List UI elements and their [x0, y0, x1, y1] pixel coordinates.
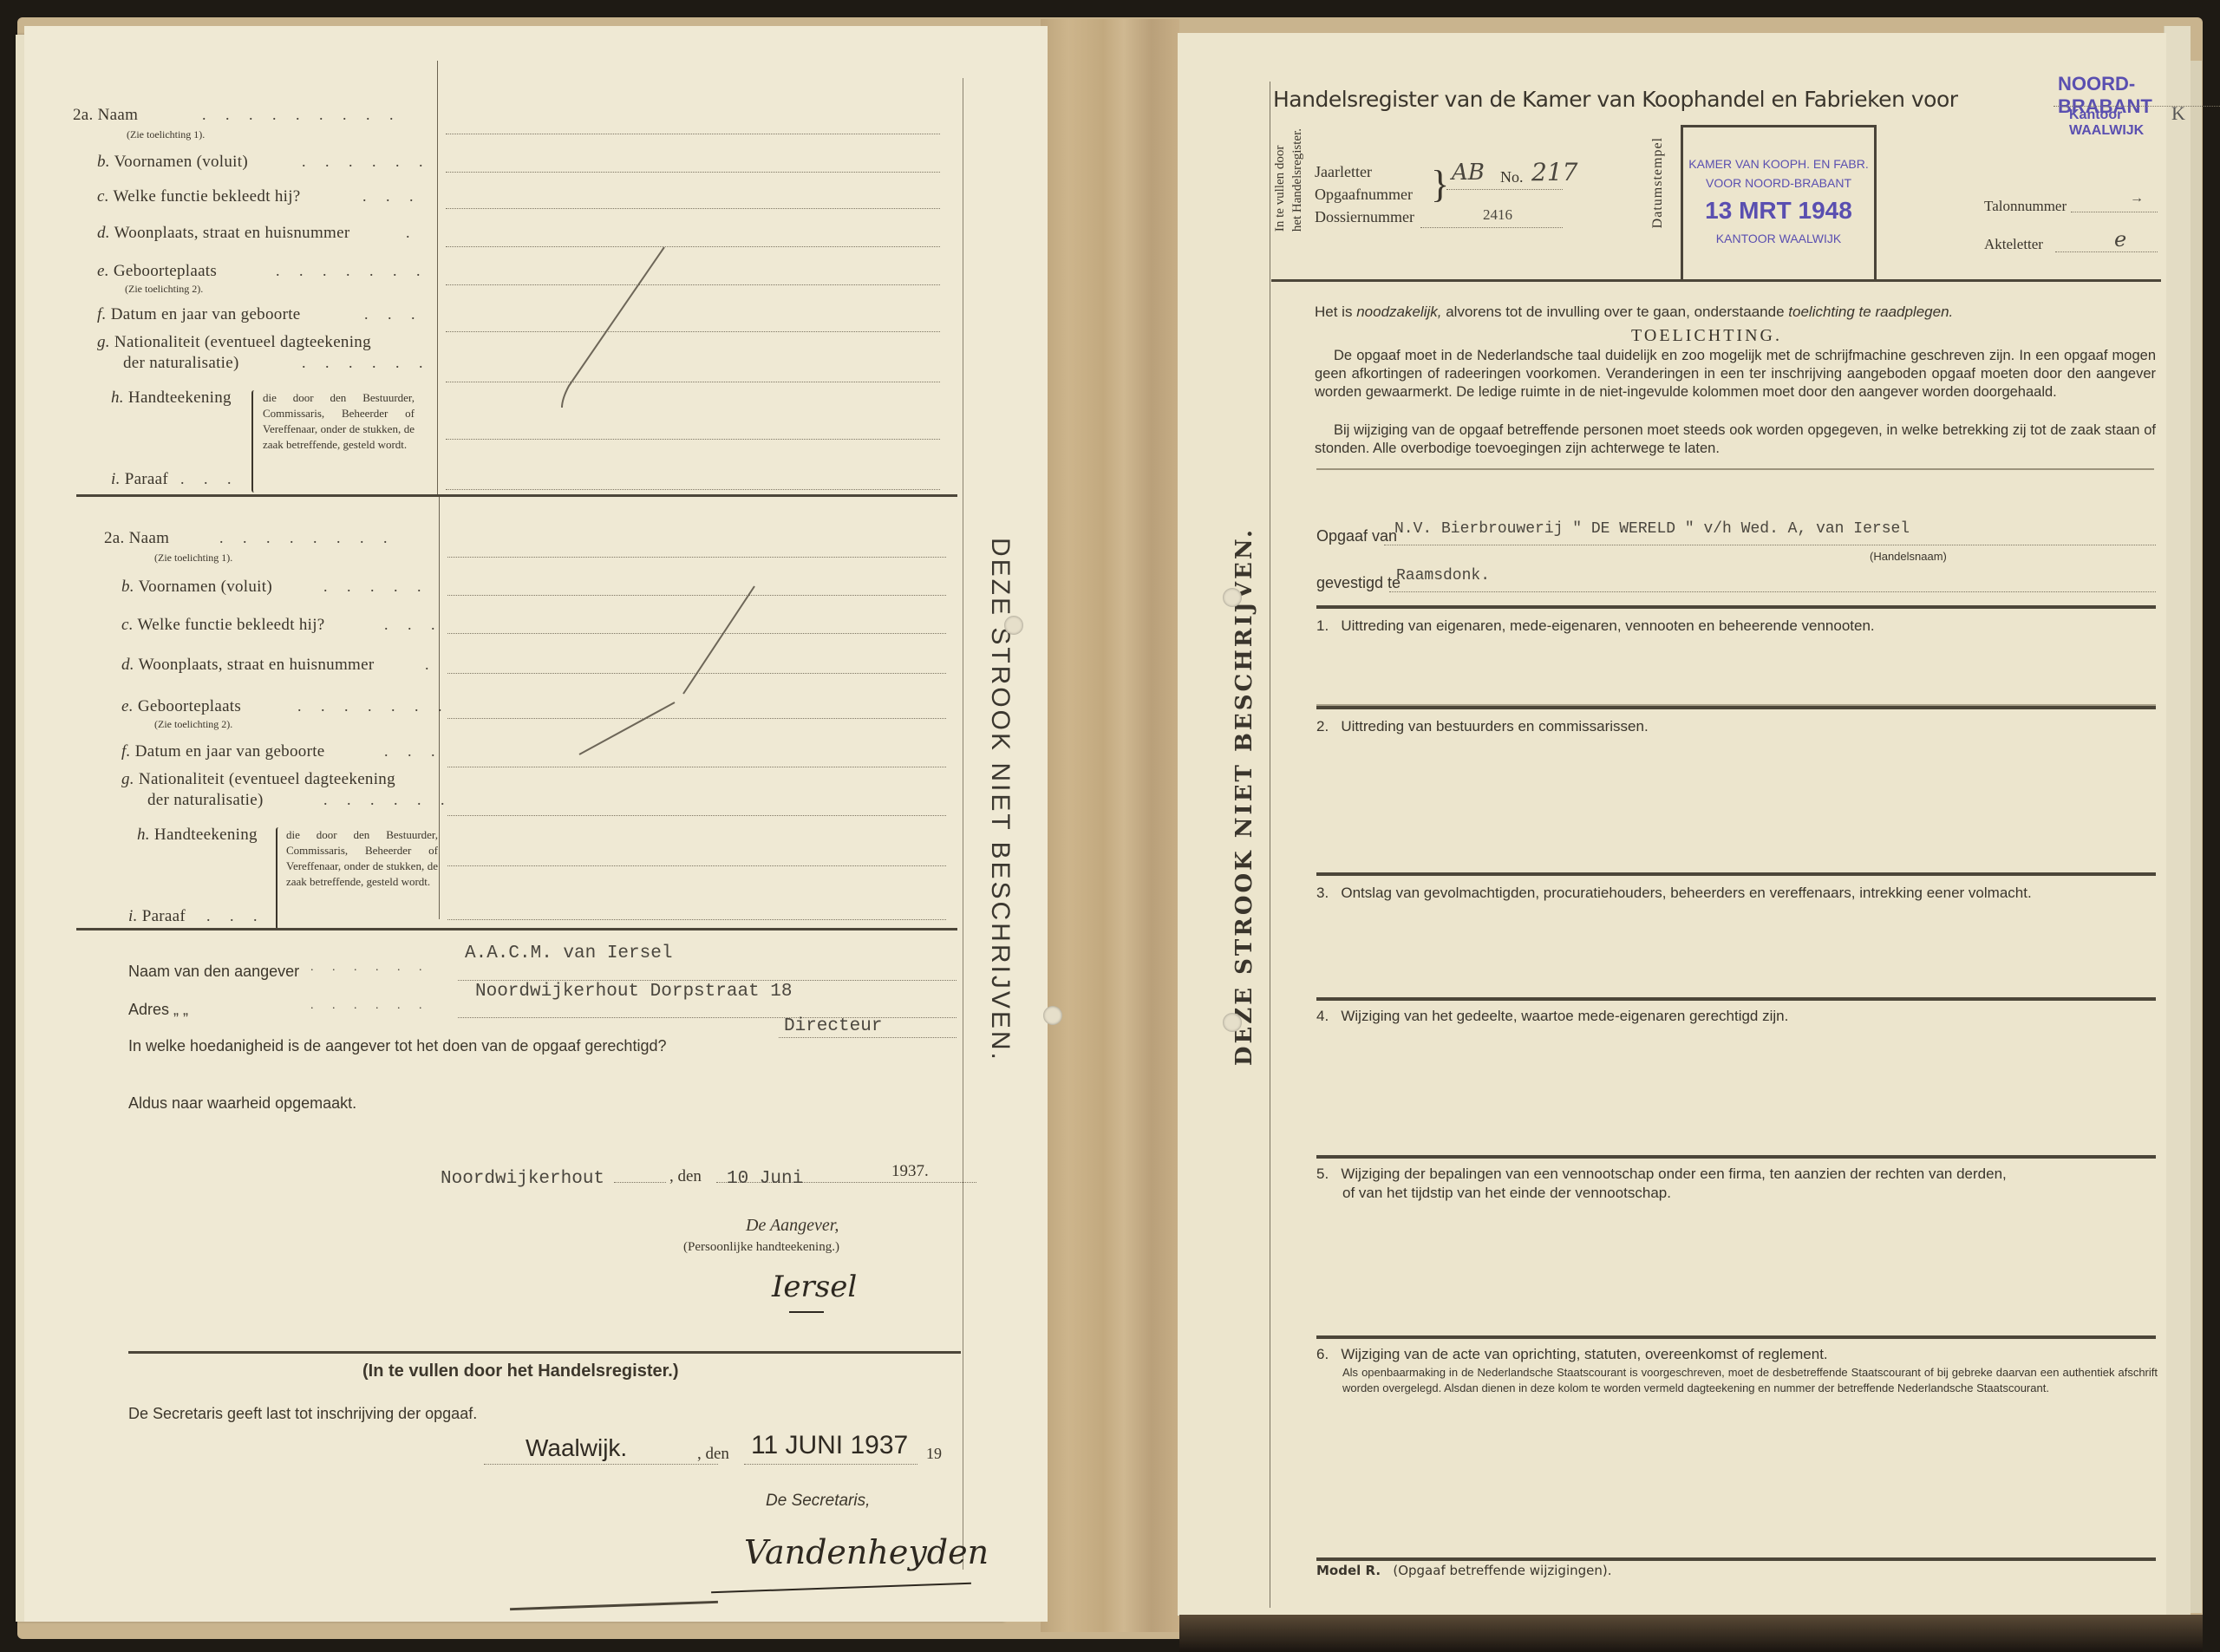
section-divider	[1271, 279, 2161, 282]
aangever-plaats[interactable]: Noordwijkerhout	[441, 1169, 604, 1189]
stamp-line-2: VOOR NOORD-BRABANT	[1683, 176, 1874, 190]
field-label-woonplaats: d. Woonplaats, straat en huisnummer	[121, 656, 374, 675]
left-page: 2a. Naam . . . . . . . . . (Zie toelicht…	[24, 26, 1048, 1622]
tab-edge	[510, 1601, 718, 1610]
section-divider	[76, 928, 957, 930]
leader-dots: . . . . . . . . .	[202, 106, 402, 124]
field-label-voornamen: b. Voornamen (voluit)	[97, 153, 248, 172]
datumstempel-box: KAMER VAN KOOPH. EN FABR. VOOR NOORD-BRA…	[1681, 125, 1877, 282]
answer-line	[1446, 189, 1563, 190]
opgaaf-van-value[interactable]: N.V. Bierbrouwerij " DE WERELD " v/h Wed…	[1394, 520, 1910, 538]
aangever-signature: Iersel	[772, 1270, 857, 1304]
stamp-line-4: KANTOOR WAALWIJK	[1683, 232, 1874, 245]
leader-dots: . . .	[362, 187, 421, 206]
model-footer: Model R. (Opgaaf betreffende wijzigingen…	[1316, 1563, 1612, 1578]
akteletter-label: Akteletter	[1984, 236, 2043, 253]
leader-dots: . . . . . .	[323, 791, 453, 809]
section-divider	[76, 494, 957, 497]
punch-hole	[1004, 616, 1023, 635]
jaarletter-label: Jaarletter	[1315, 163, 1372, 181]
toelichting-heading: TOELICHTING.	[1178, 326, 2201, 346]
punch-hole	[1223, 1013, 1242, 1032]
note-zie-toelichting-1: (Zie toelichting 1).	[127, 128, 205, 141]
note-zie-toelichting-2: (Zie toelichting 2).	[154, 718, 232, 731]
dossiernummer-label: Dossiernummer	[1315, 208, 1414, 226]
talonnummer-value[interactable]: →	[2130, 191, 2144, 206]
toelichting-paragraph-1: De opgaaf moet in de Nederlandsche taal …	[1315, 347, 2156, 402]
talonnummer-label: Talonnummer	[1984, 198, 2067, 215]
punch-hole	[1043, 1006, 1062, 1025]
secretaris-signature: Vandenheyden	[744, 1533, 989, 1571]
answer-line	[2055, 251, 2158, 252]
leader-dots: . . . . . . .	[276, 262, 428, 280]
field-label-handteekening: h. Handteekening	[137, 826, 258, 845]
secretaris-plaats-stamp: Waalwijk.	[526, 1434, 627, 1462]
de-aangever-label: De Aangever,	[746, 1216, 839, 1236]
leader-dots: . . . . . .	[302, 354, 431, 372]
leader-dots: . . . . . . .	[297, 697, 450, 715]
notice-text: Het is noodzakelijk, alvorens tot de inv…	[1315, 304, 1953, 321]
strip-divider	[1270, 82, 1270, 1608]
field-label-geboorteplaats: e. Geboorteplaats	[97, 262, 217, 281]
no-label: No.	[1500, 168, 1524, 186]
den-label: , den	[669, 1167, 702, 1186]
answer-line[interactable]	[446, 489, 940, 490]
form-title: Handelsregister van de Kamer van Koophan…	[1273, 87, 1958, 112]
jaarletter-value[interactable]: AB	[1452, 160, 1485, 186]
field-label-functie: c. Welke functie bekleedt hij?	[97, 187, 301, 206]
secretaris-datum-stamp: 11 JUNI 1937	[751, 1431, 908, 1460]
section-divider	[1316, 997, 2156, 1001]
signature-underline	[711, 1583, 971, 1593]
answer-line[interactable]	[446, 134, 940, 134]
aangever-hoedanigheid-label: In welke hoedanigheid is de aangever tot…	[128, 1037, 666, 1055]
aangever-adres-label: Adres „ „	[128, 1001, 188, 1019]
section-6-note: Als openbaarmaking in de Nederlandsche S…	[1342, 1365, 2158, 1396]
section-6: 6. Wijziging van de acte van oprichting,…	[1316, 1346, 1828, 1363]
strip-warning-text: DEZE STROOK NIET BESCHRIJVEN.	[1231, 527, 1257, 1066]
right-page: Handelsregister van de Kamer van Koophan…	[1178, 33, 2166, 1616]
section-2: 2. Uittreding van bestuurders en commiss…	[1316, 718, 1649, 735]
aangever-hoedanigheid-value[interactable]: Directeur	[784, 1016, 882, 1036]
answer-line[interactable]	[447, 767, 946, 767]
leader-dots: . . . . . .	[310, 961, 430, 975]
field-label-woonplaats: d. Woonplaats, straat en huisnummer	[97, 224, 349, 243]
answer-line	[779, 1037, 957, 1038]
handelsregister-title: (In te vullen door het Handelsregister.)	[362, 1361, 679, 1381]
handteekening-note: die door den Bestuurder, Commissaris, Be…	[263, 390, 415, 453]
section-5-continued: of van het tijdstip van het einde der ve…	[1342, 1185, 1671, 1202]
answer-line	[484, 1464, 718, 1465]
opgaaf-van-label: Opgaaf van	[1316, 527, 1397, 545]
answer-line	[744, 1464, 917, 1465]
den-label: , den	[697, 1445, 729, 1464]
section-divider	[1316, 706, 2156, 709]
leader-dots: . . . . .	[323, 578, 429, 596]
gevestigd-label: gevestigd te	[1316, 574, 1401, 592]
section-divider	[1316, 605, 2156, 609]
answer-line[interactable]	[446, 246, 940, 247]
leader-dots: .	[406, 224, 418, 242]
answer-line	[1384, 545, 2156, 545]
answer-line	[1389, 591, 2156, 592]
gevestigd-value[interactable]: Raamsdonk.	[1396, 567, 1490, 584]
stamp-line-1: KAMER VAN KOOPH. EN FABR.	[1683, 157, 1874, 171]
punch-hole	[1223, 588, 1242, 607]
signature-underline	[789, 1311, 824, 1313]
answer-line[interactable]	[447, 865, 946, 866]
aangever-naam-label: Naam van den aangever	[128, 963, 299, 981]
field-label-paraaf: i. Paraaf	[111, 470, 168, 489]
page-stack-bottom-edge	[1179, 1615, 2203, 1652]
answer-line[interactable]	[446, 208, 940, 209]
section-divider	[128, 1351, 961, 1354]
answer-line[interactable]	[446, 331, 940, 332]
folder-spine	[1041, 19, 1179, 1632]
note-zie-toelichting-2: (Zie toelichting 2).	[125, 283, 203, 296]
field-label-nationaliteit: g. Nationaliteit (eventueel dagteekening	[121, 770, 395, 789]
answer-line[interactable]	[446, 382, 940, 382]
leader-dots: . . .	[384, 616, 443, 634]
section-1: 1. Uittreding van eigenaren, mede-eigena…	[1316, 617, 1875, 635]
answer-line[interactable]	[446, 172, 940, 173]
leader-dots: . . .	[180, 470, 239, 488]
section-divider	[1316, 1155, 2156, 1159]
section-divider	[1316, 1557, 2156, 1561]
field-label-nationaliteit: g. Nationaliteit (eventueel dagteekening	[97, 333, 371, 352]
answer-line	[458, 980, 957, 981]
field-label-naam: 2a. Naam	[73, 106, 138, 125]
column-divider	[437, 61, 438, 494]
field-label-geboorteplaats: e. Geboorteplaats	[121, 697, 241, 716]
field-label-handteekening: h. Handteekening	[111, 389, 232, 408]
opgaafnummer-label: Opgaafnummer	[1315, 186, 1413, 204]
leader-dots: . . . . . . . .	[219, 529, 395, 547]
akteletter-value[interactable]: e	[2114, 227, 2126, 251]
secretaris-text: De Secretaris geeft last tot inschrijvin…	[128, 1405, 477, 1423]
de-secretaris-label: De Secretaris,	[766, 1492, 870, 1511]
field-label-geboortedatum: f. Datum en jaar van geboorte	[121, 742, 325, 761]
handteekening-note: die door den Bestuurder, Commissaris, Be…	[286, 827, 438, 890]
strike-through-mark	[545, 234, 675, 408]
answer-line	[614, 1182, 666, 1183]
brace: }	[1431, 163, 1449, 206]
field-label-naam: 2a. Naam	[104, 529, 169, 548]
aangever-jaar: 1937.	[891, 1162, 929, 1181]
stacked-sheet: K	[2164, 26, 2191, 1622]
leader-dots: . . .	[206, 907, 265, 925]
handelsnaam-label: (Handelsnaam)	[1870, 550, 1947, 563]
field-label-paraaf: i. Paraaf	[128, 907, 186, 926]
strip-divider	[963, 78, 963, 1570]
answer-line	[2071, 212, 2158, 212]
leader-dots: . . .	[384, 742, 443, 761]
side-note: In te vullen doorhet Handelsregister.	[1271, 128, 1309, 232]
brace	[251, 390, 258, 493]
opgaafnummer-value[interactable]: 217	[1531, 158, 1577, 186]
leader-dots: . . .	[364, 305, 423, 323]
strike-through-mark	[553, 555, 761, 763]
title-underline	[2053, 106, 2220, 107]
leader-dots: . . . . . .	[302, 153, 431, 171]
leader-dots: .	[425, 656, 437, 674]
note-zie-toelichting-1: (Zie toelichting 1).	[154, 552, 232, 565]
section-3: 3. Ontslag van gevolmachtigden, procurat…	[1316, 885, 2032, 902]
field-label-geboortedatum: f. Datum en jaar van geboorte	[97, 305, 301, 324]
secretaris-jaar: 19	[926, 1445, 942, 1463]
section-4: 4. Wijziging van het gedeelte, waartoe m…	[1316, 1008, 1788, 1025]
aangever-naam-value[interactable]: A.A.C.M. van Iersel	[465, 944, 672, 963]
toelichting-paragraph-2: Bij wijziging van de opgaaf betreffende …	[1315, 421, 2156, 458]
kantoor-stamp: Kantoor WAALWIJK	[2069, 108, 2166, 139]
stamp-date: 13 MRT 1948	[1683, 197, 1874, 225]
aangever-datum[interactable]: 10 Juni	[727, 1169, 803, 1189]
leader-dots: . . . . . .	[310, 999, 430, 1013]
dossiernummer-value[interactable]: 2416	[1483, 206, 1512, 224]
field-label-functie: c. Welke functie bekleedt hij?	[121, 616, 325, 635]
brace	[276, 827, 283, 930]
thin-divider	[1316, 468, 2154, 470]
field-label-naturalisatie: der naturalisatie)	[147, 791, 264, 810]
answer-line[interactable]	[446, 439, 940, 440]
datumstempel-label: Datumstempel	[1650, 137, 1666, 228]
section-5: 5. Wijziging der bepalingen van een venn…	[1316, 1166, 2007, 1183]
section-divider	[1316, 1335, 2156, 1339]
persoonlijke-handteekening-label: (Persoonlijke handteekening.)	[683, 1240, 839, 1255]
answer-line[interactable]	[447, 815, 946, 816]
answer-line[interactable]	[447, 919, 946, 920]
answer-line[interactable]	[446, 284, 940, 285]
field-label-naturalisatie: der naturalisatie)	[123, 354, 239, 373]
aldus-opgemaakt: Aldus naar waarheid opgemaakt.	[128, 1094, 356, 1113]
section-divider	[1316, 872, 2156, 876]
aangever-adres-value[interactable]: Noordwijkerhout Dorpstraat 18	[475, 982, 792, 1002]
answer-line	[1420, 227, 1563, 228]
field-label-voornamen: b. Voornamen (voluit)	[121, 578, 272, 597]
